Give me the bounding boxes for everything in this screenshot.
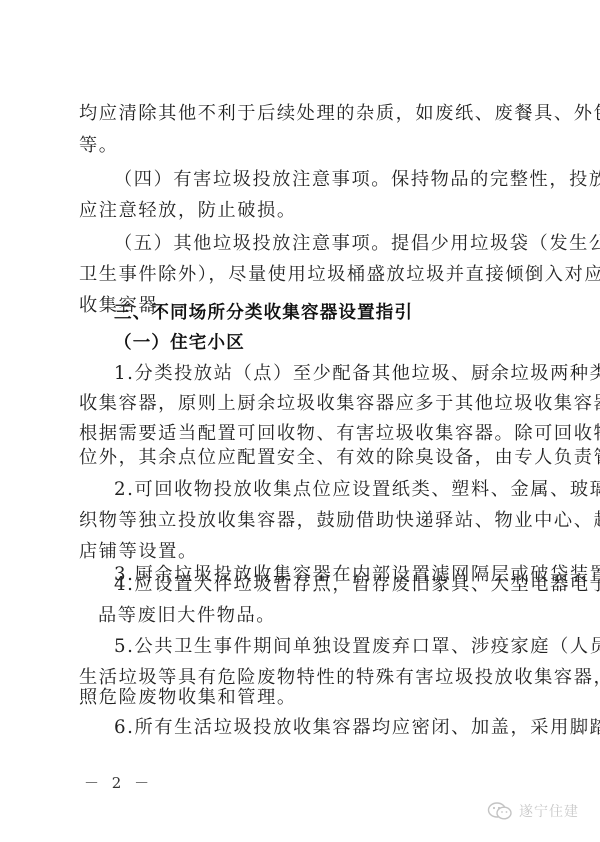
line-9: 1.分类投放站（点）至少配备其他垃圾、厨余垃圾两种类别 <box>114 362 600 386</box>
page-number: － 2 － <box>84 772 153 793</box>
line-17: 4.应设置大件垃圾暂存点，暂存废旧家具、大型电器电子产 <box>114 573 600 597</box>
line-21: 照危险废物收集和管理。 <box>79 686 297 710</box>
line-0: 均应清除其他不利于后续处理的杂质，如废纸、废餐具、外包装 <box>79 102 600 126</box>
section-heading: 三、不同场所分类收集容器设置指引 <box>114 301 413 325</box>
watermark: 遂宁住建 <box>487 801 579 821</box>
wechat-icon <box>487 801 513 821</box>
line-13: 2.可回收物投放收集点位应设置纸类、塑料、金属、玻璃、 <box>114 478 600 502</box>
line-19: 5.公共卫生事件期间单独设置废弃口罩、涉疫家庭（人员） <box>114 635 600 659</box>
line-10: 收集容器，原则上厨余垃圾收集容器应多于其他垃圾收集容器。 <box>79 392 600 416</box>
line-12: 位外，其余点位应配置安全、有效的除臭设备，由专人负责管理。 <box>79 446 600 470</box>
line-11: 根据需要适当配置可回收物、有害垃圾收集容器。除可回收物点 <box>79 422 600 446</box>
line-2: （四）有害垃圾投放注意事项。保持物品的完整性，投放时 <box>114 168 600 192</box>
line-18: 品等废旧大件物品。 <box>98 604 276 628</box>
line-15: 店铺等设置。 <box>79 540 198 564</box>
document-page: 均应清除其他不利于后续处理的杂质，如废纸、废餐具、外包装 等。 （四）有害垃圾投… <box>0 0 600 842</box>
line-22: 6.所有生活垃圾投放收集容器均应密闭、加盖，采用脚踏式、 <box>114 716 600 740</box>
watermark-text: 遂宁住建 <box>519 801 579 821</box>
line-1: 等。 <box>79 134 119 158</box>
line-4: （五）其他垃圾投放注意事项。提倡少用垃圾袋（发生公共 <box>114 232 600 256</box>
line-3: 应注意轻放，防止破损。 <box>79 199 297 223</box>
line-5: 卫生事件除外），尽量使用垃圾桶盛放垃圾并直接倾倒入对应的 <box>79 263 600 287</box>
subsection-heading: （一）住宅小区 <box>114 331 245 355</box>
line-14: 织物等独立投放收集容器，鼓励借助快递驿站、物业中心、超市 <box>79 509 600 533</box>
